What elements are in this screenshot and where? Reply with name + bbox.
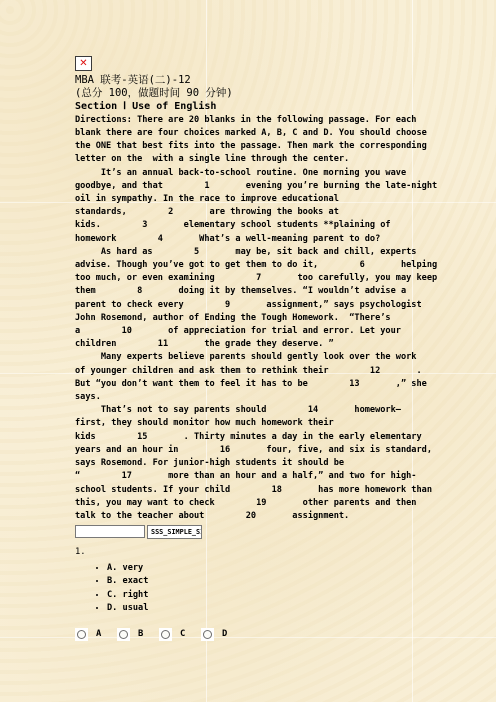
- passage-line: goodbye, and that 1 evening you’re burni…: [75, 180, 480, 193]
- passage-line: kids 15 . Thirty minutes a day in the ea…: [75, 431, 480, 444]
- directions-line: letter on the with a single line through…: [75, 153, 480, 166]
- passage-line: That’s not to say parents should 14 home…: [75, 404, 480, 417]
- passage-line: them 8 doing it by themselves. “I wouldn…: [75, 285, 480, 298]
- passage-line: a 10 of appreciation for trial and error…: [75, 325, 480, 338]
- passage-line: “ 17 more than an hour and a half,” and …: [75, 470, 480, 483]
- passage-line: says.: [75, 391, 480, 404]
- radio-label-b: B: [138, 629, 143, 639]
- passage-line: standards, 2 are throwing the books at: [75, 206, 480, 219]
- options-list: A. veryB. exactC. rightD. usual: [75, 562, 480, 615]
- option-item: B. exact: [107, 575, 480, 588]
- radio-option-a[interactable]: A: [75, 628, 117, 641]
- answer-type-tag-label: SSS_SIMPLE_SIN: [151, 528, 202, 536]
- radio-patch: [201, 628, 214, 641]
- radio-button-icon[interactable]: [77, 630, 86, 639]
- option-item: A. very: [107, 562, 480, 575]
- radio-button-icon[interactable]: [161, 630, 170, 639]
- question-number: 1.: [75, 546, 480, 559]
- directions-line: Directions: There are 20 blanks in the f…: [75, 114, 480, 127]
- passage-line: advise. Though you’ve got to get them to…: [75, 259, 480, 272]
- option-item: C. right: [107, 589, 480, 602]
- passage-line: John Rosemond, author of Ending the Toug…: [75, 312, 480, 325]
- radio-patch: [159, 628, 172, 641]
- exam-subtitle: (总分 100，做题时间 90 分钟): [75, 87, 480, 100]
- exam-page: ✕ MBA 联考-英语(二)-12 (总分 100，做题时间 90 分钟) Se…: [0, 0, 496, 702]
- passage-line: of younger children and ask them to reth…: [75, 365, 480, 378]
- passage-line: oil in sympathy. In the race to improve …: [75, 193, 480, 206]
- radio-option-d[interactable]: D: [201, 628, 243, 641]
- passage-line: says Rosemond. For junior-high students …: [75, 457, 480, 470]
- radio-patch: [75, 628, 88, 641]
- passage-line: kids. 3 elementary school students **pla…: [75, 219, 480, 232]
- answer-row: SSS_SIMPLE_SIN: [75, 525, 480, 539]
- option-item: D. usual: [107, 602, 480, 615]
- radio-label-d: D: [222, 629, 227, 639]
- passage-line: It’s an annual back-to-school routine. O…: [75, 167, 480, 180]
- radio-option-b[interactable]: B: [117, 628, 159, 641]
- answer-input[interactable]: [75, 525, 145, 538]
- passage-line: As hard as 5 may be, sit back and chill,…: [75, 246, 480, 259]
- document-body: ✕ MBA 联考-英语(二)-12 (总分 100，做题时间 90 分钟) Se…: [75, 56, 480, 641]
- exam-title: MBA 联考-英语(二)-12: [75, 74, 480, 87]
- red-x-glyph: ✕: [79, 59, 87, 69]
- radio-label-c: C: [180, 629, 185, 639]
- radio-label-a: A: [96, 629, 101, 639]
- radio-patch: [117, 628, 130, 641]
- answer-radio-group: A B C D: [75, 628, 480, 641]
- passage-line: Many experts believe parents should gent…: [75, 351, 480, 364]
- passage-line: But “you don’t want them to feel it has …: [75, 378, 480, 391]
- directions-line: the ONE that best fits into the passage.…: [75, 140, 480, 153]
- passage-line: years and an hour in 16 four, five, and …: [75, 444, 480, 457]
- radio-button-icon[interactable]: [119, 630, 128, 639]
- passage-line: talk to the teacher about 20 assignment.: [75, 510, 480, 523]
- answer-type-tag: SSS_SIMPLE_SIN: [147, 525, 202, 539]
- passage-line: children 11 the grade they deserve. ”: [75, 338, 480, 351]
- passage-line: school students. If your child 18 has mo…: [75, 484, 480, 497]
- passage-line: too much, or even examining 7 too carefu…: [75, 272, 480, 285]
- radio-option-c[interactable]: C: [159, 628, 201, 641]
- passage-line: homework 4 What’s a well-meaning parent …: [75, 233, 480, 246]
- section-heading: Section Ⅰ Use of English: [75, 100, 480, 113]
- directions-line: blank there are four choices marked A, B…: [75, 127, 480, 140]
- passage-line: this, you may want to check 19 other par…: [75, 497, 480, 510]
- broken-image-icon: ✕: [75, 56, 92, 71]
- passage-text: It’s an annual back-to-school routine. O…: [75, 167, 480, 523]
- passage-line: first, they should monitor how much home…: [75, 417, 480, 430]
- radio-button-icon[interactable]: [203, 630, 212, 639]
- passage-line: parent to check every 9 assignment,” say…: [75, 299, 480, 312]
- directions-text: Directions: There are 20 blanks in the f…: [75, 114, 480, 167]
